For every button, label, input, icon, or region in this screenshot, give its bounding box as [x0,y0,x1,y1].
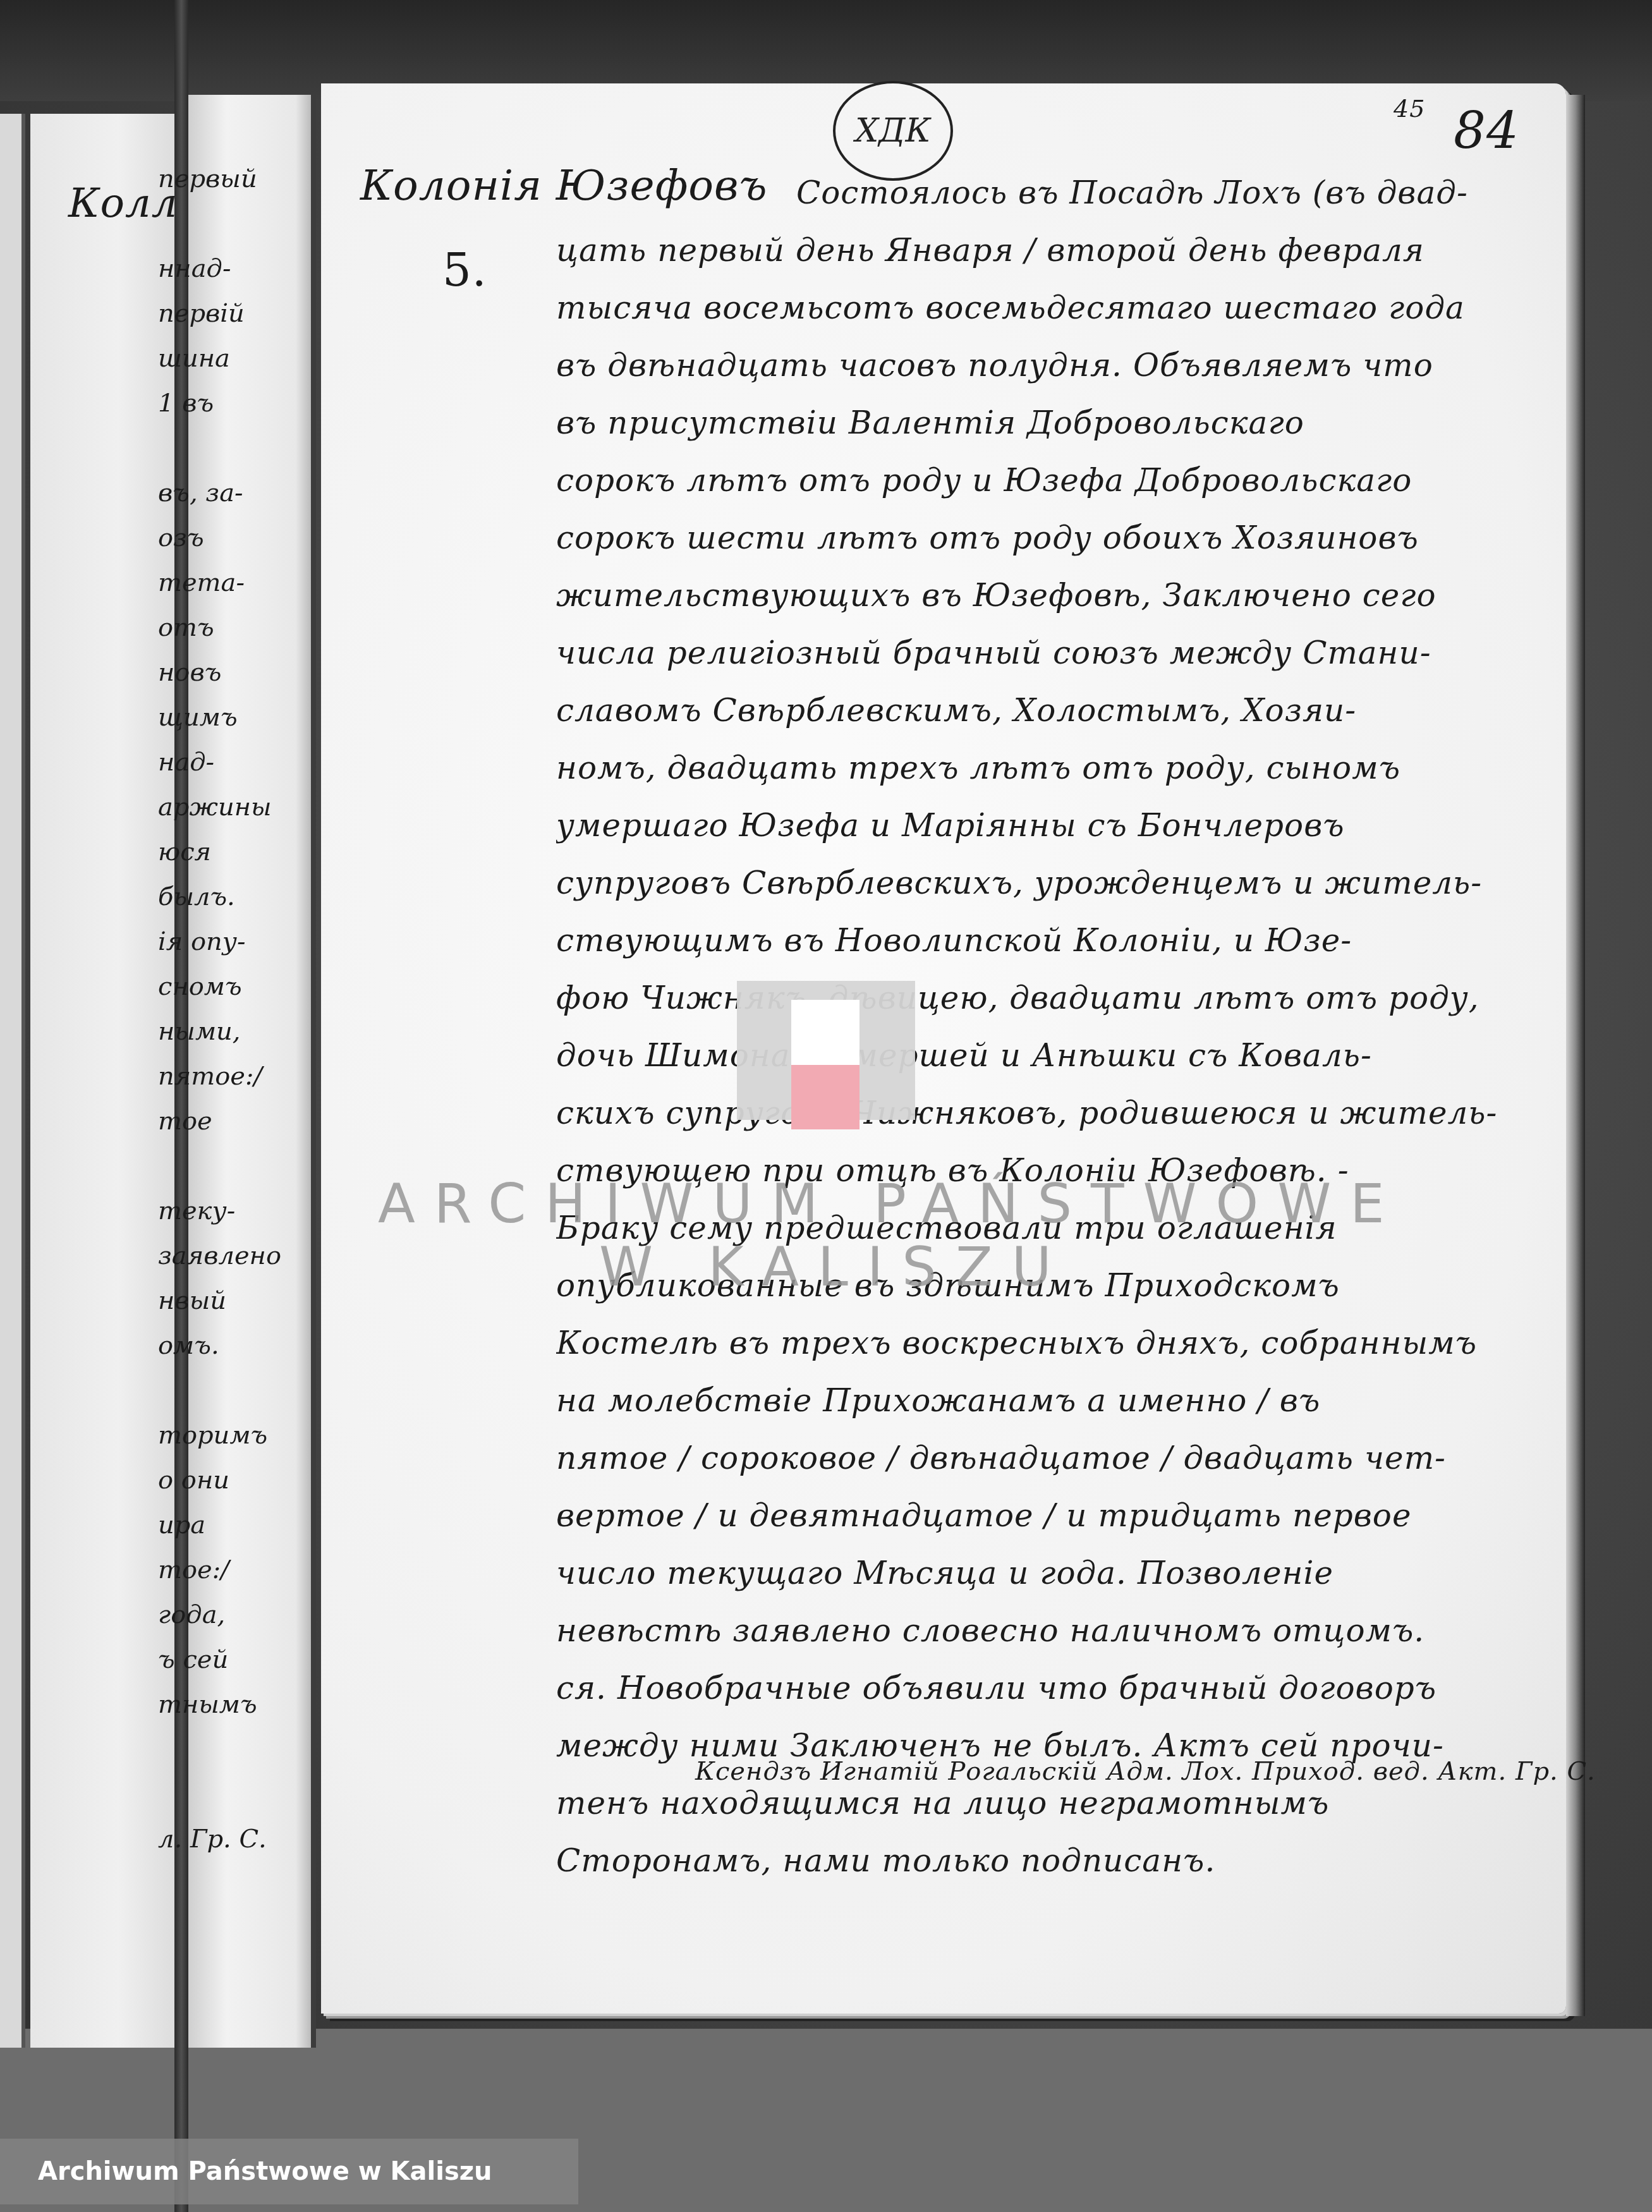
text-line: Костелѣ въ трехъ воскресныхъ дняхъ, собр… [556,1315,1542,1372]
left-page-fragment [158,202,310,246]
left-page-fragment: торимъ [158,1413,310,1458]
left-page-text-fragments: первыйннад-первійшина1 въвъ, за-озътета-… [158,157,310,1862]
left-page-fragment: пятое:/ [158,1054,310,1099]
left-page-fragment: ными, [158,1009,310,1054]
text-line: въ двѣнадцать часовъ полудня. Объявляемъ… [556,337,1542,394]
text-line: номъ, двадцать трехъ лѣтъ отъ роду, сыно… [556,739,1542,797]
left-page-fragment: года, [158,1593,310,1638]
left-page-fragment: первій [158,291,310,336]
left-page-fragment: ъ сей [158,1638,310,1682]
text-line: дочь Шимона и умершей и Анѣшки съ Коваль… [556,1027,1542,1085]
page-stack-edge [1566,95,1585,2016]
text-line: числа религіозный брачный союзъ между Ст… [556,624,1542,682]
text-line: умершаго Юзефа и Маріянны съ Бончлеровъ [556,797,1542,854]
left-page-edge [311,95,316,2048]
left-page-fragment: теку- [158,1189,310,1234]
left-page-fragment: заявлено [158,1234,310,1279]
left-page-fragment [158,1727,310,1772]
folio-number-small: 45 [1394,95,1425,123]
left-page-fragment: аржины [158,785,310,830]
watermark-flag-white [791,1000,859,1076]
text-line: супруговъ Свѣрблевскихъ, урожденцемъ и ж… [556,854,1542,912]
left-page-fragment: нвый [158,1279,310,1323]
left-page-fragment: тое:/ [158,1548,310,1593]
text-line: вертое / и девятнадцатое / и тридцать пе… [556,1487,1542,1545]
signature: Ксендзъ Игнатій Рогальскій Адм. Лох. При… [695,1757,1596,1786]
left-page-fragment: сномъ [158,964,310,1009]
watermark-text-line2: W KALISZU [599,1236,1071,1299]
left-page-fragment: ія опу- [158,920,310,964]
text-line: славомъ Свѣрблевскимъ, Холостымъ, Хозяи- [556,682,1542,739]
left-page-fragment [158,1772,310,1817]
archive-caption: Archiwum Państwowe w Kaliszu [38,2157,492,2186]
left-page-fragment: первый [158,157,310,202]
left-page-fragment: ннад- [158,246,310,291]
text-line: цать первый день Января / второй день фе… [556,222,1542,279]
left-page-fragment: тнымъ [158,1682,310,1727]
left-page-fragment: ира [158,1503,310,1548]
left-page-fragment: въ, за- [158,471,310,516]
left-page: Колл [30,114,177,2048]
text-line: ствующимъ въ Новолипской Колоніи, и Юзе- [556,912,1542,969]
text-line: жительствующихъ въ Юзефовѣ, Заключено се… [556,567,1542,624]
stamp-text: ХДК [855,112,931,150]
text-line: въ присутствіи Валентія Добровольскаго [556,394,1542,452]
text-line: скихъ супруговъ Чижняковъ, родившеюся и … [556,1085,1542,1142]
entry-number: 5. [442,243,487,296]
left-page-fragment: тое [158,1099,310,1144]
left-page-fragment [158,1368,310,1413]
text-line: фою Чижнякъ, дѣвицею, двадцати лѣтъ отъ … [556,969,1542,1027]
left-page-fragment: тета- [158,561,310,605]
left-page-fragment: шина [158,336,310,381]
left-page-fragment: отъ [158,605,310,650]
text-line: число текущаго Мѣсяца и года. Позволеніе [556,1545,1542,1602]
left-page-fragment: щимъ [158,695,310,740]
left-page-fragment: л. Гр. С. [158,1817,310,1862]
watermark-flag-red [791,1065,859,1129]
left-page-fragment: былъ. [158,875,310,920]
text-line: на молебствіе Прихожанамъ а именно / въ [556,1372,1542,1430]
archive-caption-bar: Archiwum Państwowe w Kaliszu [0,2139,578,2204]
text-line: невѣстѣ заявлено словесно наличномъ отцо… [556,1602,1542,1660]
folio-number-large: 84 [1454,101,1519,160]
text-line: ся. Новобрачные объявили что брачный дог… [556,1660,1542,1717]
text-line: Сторонамъ, нами только подписанъ. [556,1832,1542,1890]
text-line: сорокъ лѣтъ отъ роду и Юзефа Добровольск… [556,452,1542,509]
text-line: Состоялось въ Посадѣ Лохъ (въ двад- [556,164,1542,222]
watermark-text-line1: ARCHIWUM PAŃSTWOWE [378,1172,1404,1236]
document-body: Состоялось въ Посадѣ Лохъ (въ двад-цать … [556,164,1542,1890]
previous-page-sliver [0,114,25,2048]
left-page-fragment: над- [158,740,310,785]
text-line: тысяча восемьсотъ восемьдесятаго шестаго… [556,279,1542,337]
left-page-fragment [158,426,310,471]
left-page-fragment: омъ. [158,1323,310,1368]
left-page-fragment: о они [158,1458,310,1503]
left-page-fragment: 1 въ [158,381,310,426]
left-page-fragment [158,1144,310,1189]
left-page-fragment: юся [158,830,310,875]
left-page-fragment: новъ [158,650,310,695]
left-page-fragment: озъ [158,516,310,561]
text-line: сорокъ шести лѣтъ отъ роду обоихъ Хозяин… [556,509,1542,567]
text-line: пятое / сороковое / двѣнадцатое / двадца… [556,1430,1542,1487]
